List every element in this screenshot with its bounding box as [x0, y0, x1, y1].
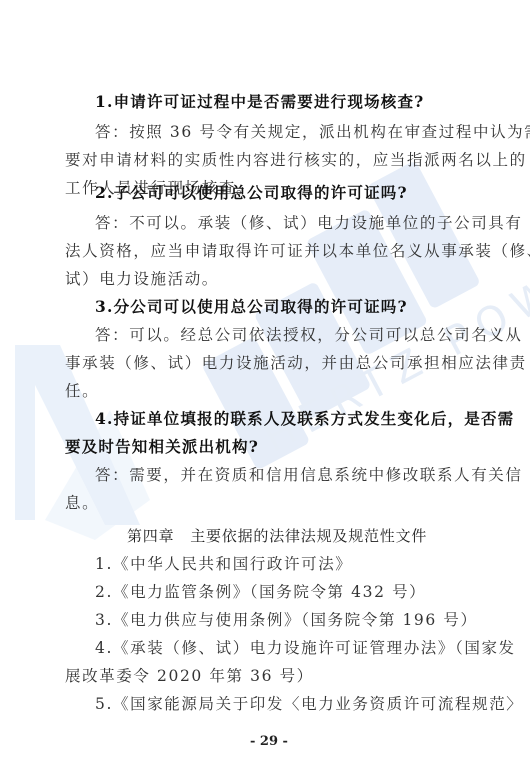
answer-3-line-1: 答：可以。经总公司依法授权，分公司可以总公司名义从: [95, 325, 523, 345]
document-page: 1.申请许可证过程中是否需要进行现场核查? 答：按照 36 号令有关规定，派出机…: [0, 0, 530, 767]
question-4-line-1: 4.持证单位填报的联系人及联系方式发生变化后，是否需: [95, 409, 514, 429]
answer-4-line-2: 息。: [65, 493, 99, 513]
answer-4-line-1: 答：需要，并在资质和信用信息系统中修改联系人有关信: [95, 465, 523, 485]
reference-3: 3.《电力供应与使用条例》（国务院令第 196 号）: [95, 610, 478, 630]
answer-3-line-3: 任。: [65, 381, 99, 401]
question-4-line-2: 要及时告知相关派出机构?: [65, 437, 259, 457]
page-number: - 29 -: [250, 732, 288, 752]
answer-2-line-2: 法人资格，应当申请取得许可证并以本单位名义从事承装（修、: [65, 241, 530, 261]
reference-4-line-1: 4.《承装（修、试）电力设施许可证管理办法》（国家发: [95, 638, 516, 658]
question-2: 2.子公司可以使用总公司取得的许可证吗?: [95, 183, 408, 203]
reference-5: 5.《国家能源局关于印发〈电力业务资质许可流程规范〉: [95, 694, 523, 714]
answer-3-line-2: 事承装（修、试）电力设施活动，并由总公司承担相应法律责: [65, 353, 527, 373]
question-3: 3.分公司可以使用总公司取得的许可证吗?: [95, 297, 408, 317]
reference-1: 1.《中华人民共和国行政许可法》: [95, 554, 352, 574]
question-1: 1.申请许可证过程中是否需要进行现场核查?: [95, 92, 424, 112]
answer-2-line-3: 试）电力设施活动。: [65, 269, 219, 289]
reference-2: 2.《电力监管条例》（国务院令第 432 号）: [95, 582, 426, 602]
answer-1-line-1: 答：按照 36 号令有关规定，派出机构在审查过程中认为需: [95, 122, 530, 142]
reference-4-line-2: 展改革委令 2020 年第 36 号）: [65, 666, 314, 686]
answer-2-line-1: 答：不可以。承装（修、试）电力设施单位的子公司具有: [95, 213, 523, 233]
chapter-title: 第四章 主要依据的法律法规及规范性文件: [127, 526, 427, 546]
answer-1-line-2: 要对申请材料的实质性内容进行核实的，应当指派两名以上的: [65, 150, 527, 170]
